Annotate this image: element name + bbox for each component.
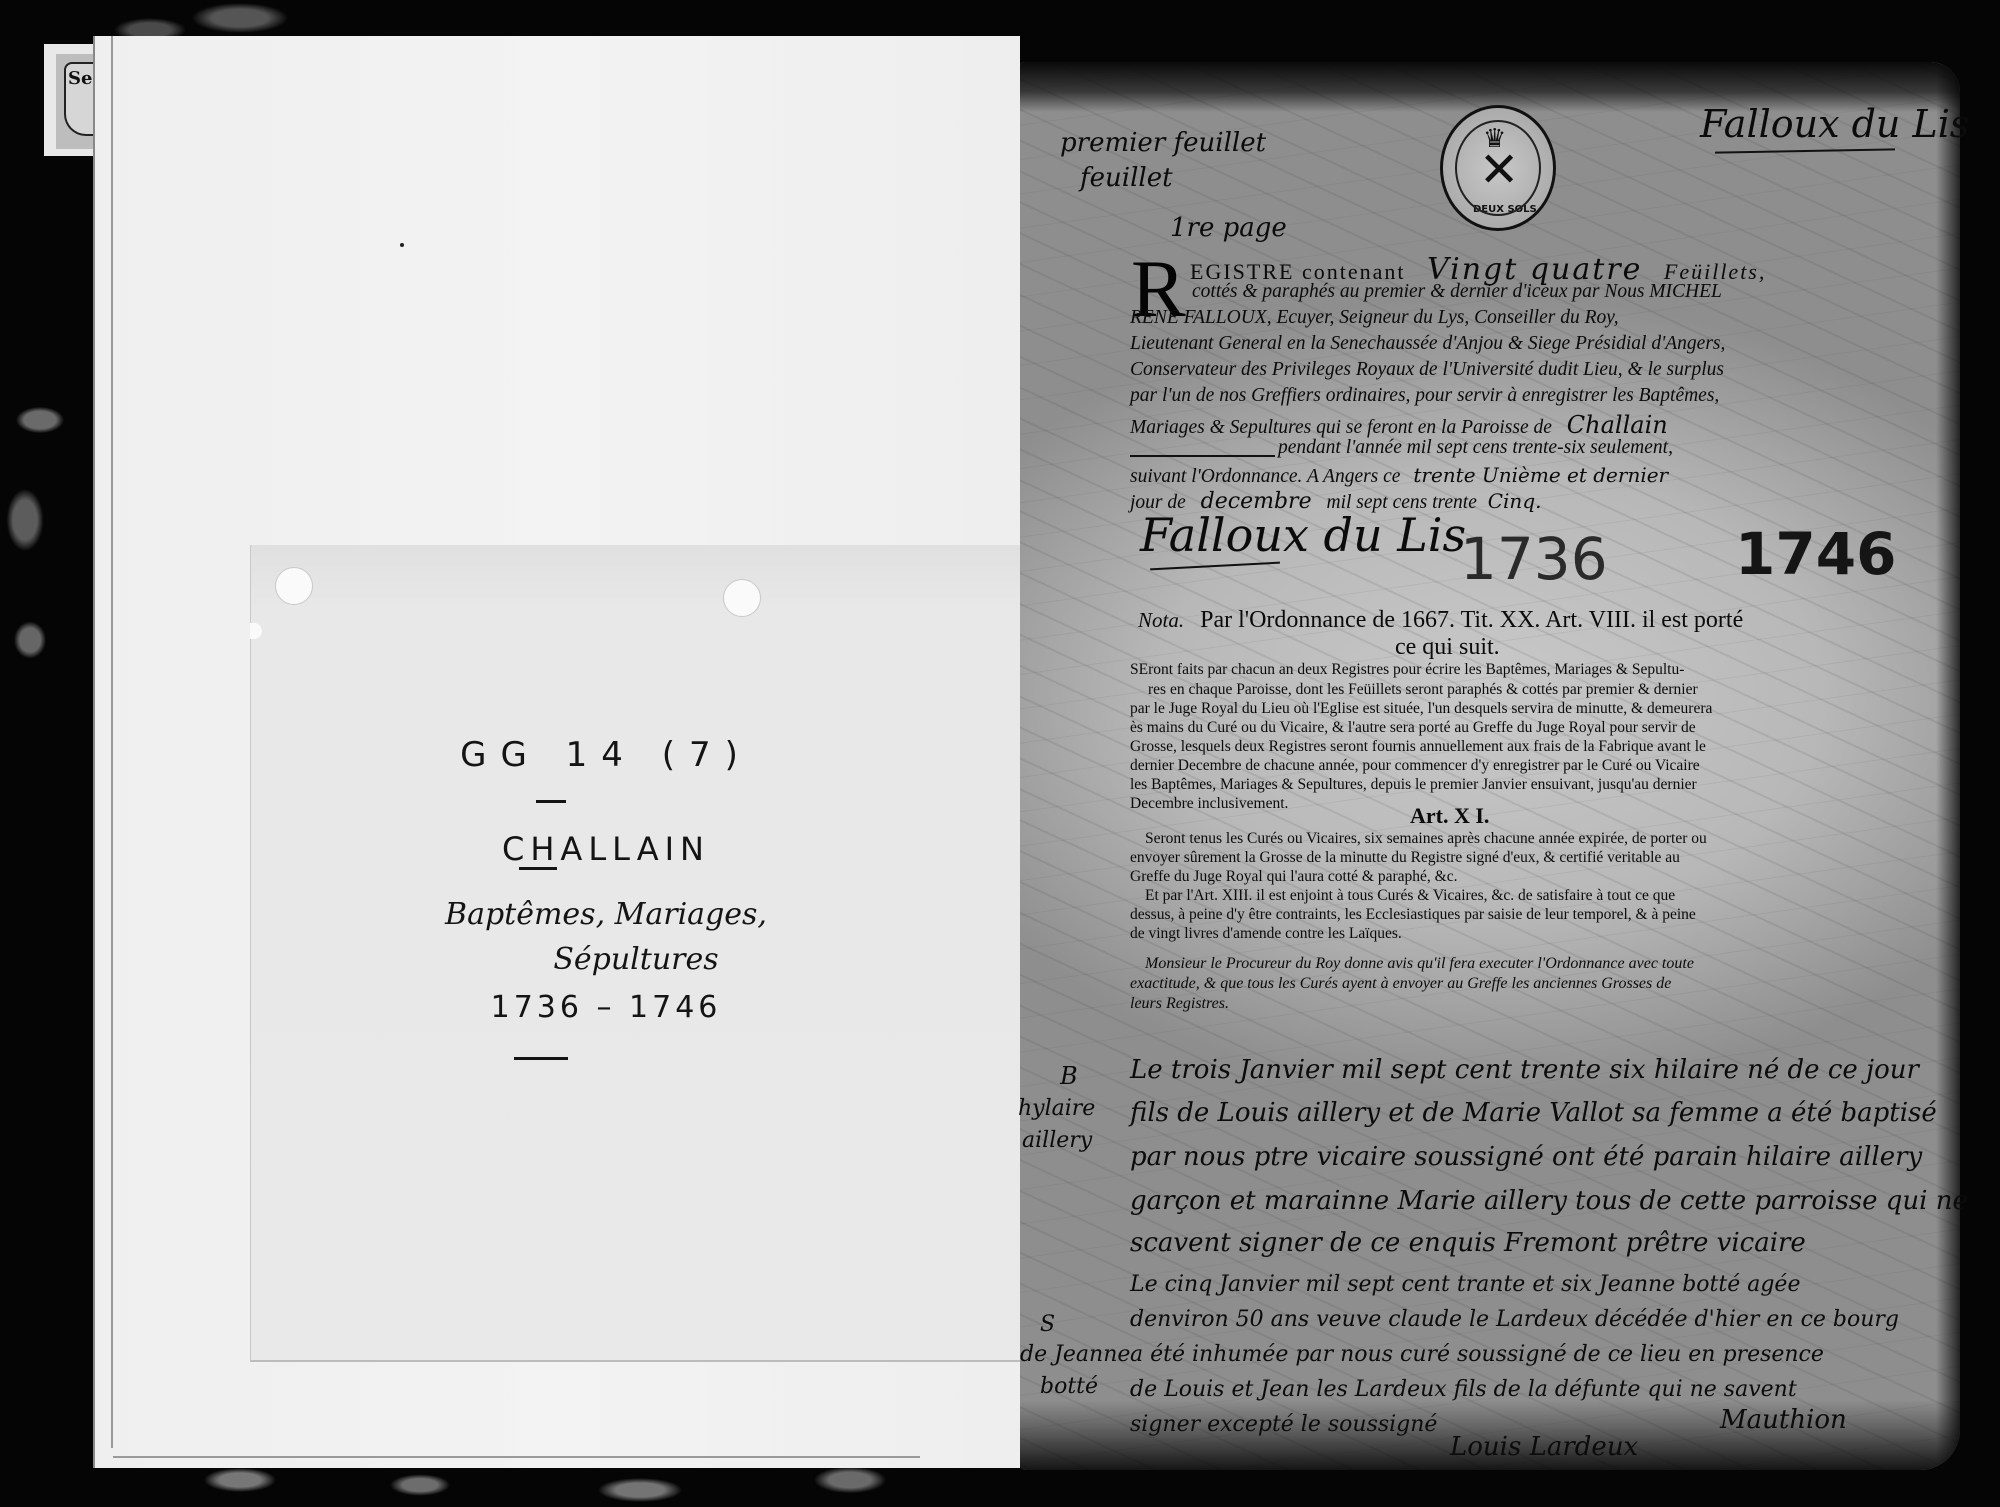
- nota-heading: Par l'Ordonnance de 1667. Tit. XX. Art. …: [1200, 607, 1743, 633]
- entry-line: signer excepté le soussigné: [1130, 1412, 1437, 1437]
- header-line-8: pendant l'année mil sept cens trente-six…: [1278, 437, 1673, 459]
- entry-line: fils de Louis aillery et de Marie Vallot…: [1130, 1098, 1937, 1128]
- nota-para1-line: res en chaque Paroisse, dont les Feüille…: [1148, 681, 1698, 699]
- fill-in-line: [1130, 455, 1275, 457]
- card-notch: [250, 623, 262, 639]
- header-line-7: Mariages & Sepultures qui se feront en l…: [1130, 411, 1668, 439]
- label-divider: [519, 867, 557, 870]
- entry-line: a été inhumée par nous curé soussigné de…: [1130, 1342, 1824, 1367]
- entry-line: par nous ptre vicaire soussigné ont été …: [1130, 1142, 1922, 1172]
- entry-margin-name: hylaire: [1018, 1096, 1095, 1121]
- header-line-3: RENE FALLOUX, Ecuyer, Seigneur du Lys, C…: [1130, 307, 1619, 329]
- entry-margin-surname: aillery: [1022, 1128, 1092, 1153]
- header-line-2: cottés & paraphés au premier & dernier d…: [1192, 281, 1722, 303]
- margin-note-first-leaf: premier feuillet: [1060, 128, 1266, 158]
- header-line-4: Lieutenant General en la Senechaussée d'…: [1130, 333, 1725, 355]
- nota-para2-line: dessus, à peine d'y être contraints, les…: [1130, 906, 1696, 924]
- nota-para1-line: Grosse, lesquels deux Registres seront f…: [1130, 738, 1706, 756]
- entry-margin-name: de Jeanne: [1020, 1342, 1130, 1367]
- nota-para1-line: les Baptêmes, Mariages & Sepultures, dep…: [1130, 776, 1697, 794]
- nota-para2-line: de vingt livres d'amende contre les Laïq…: [1130, 925, 1402, 943]
- nota-heading-2: ce qui suit.: [1395, 634, 1500, 661]
- pencil-year-1746: 1746: [1735, 520, 1896, 588]
- handwritten-date: trente Unième et dernier: [1413, 463, 1668, 487]
- sheet-bottom-edge: [113, 1456, 920, 1458]
- entry-line: scavent signer de ce enquis Fremont prêt…: [1130, 1228, 1806, 1258]
- signature-louis: Louis Lardeux: [1450, 1432, 1638, 1462]
- label-call-number: GG 14 (7): [221, 735, 991, 775]
- tax-stamp-seal: ♛ ✕ DEUX SOLS: [1440, 105, 1556, 231]
- nota-para1-line: Decembre inclusivement.: [1130, 795, 1288, 813]
- signature-top-right: Falloux du Lis: [1700, 102, 1969, 146]
- printed-text: Mariages & Sepultures qui se feront en l…: [1130, 417, 1552, 438]
- entry-line: denviron 50 ans veuve claude le Lardeux …: [1130, 1307, 1899, 1332]
- printed-text: suivant l'Ordonnance. A Angers ce: [1130, 466, 1400, 487]
- punch-hole-right: [723, 579, 761, 617]
- entry-line: Le trois Janvier mil sept cent trente si…: [1130, 1055, 1919, 1085]
- signature-mauthion: Mauthion: [1720, 1405, 1847, 1435]
- entry-margin-type: S: [1040, 1312, 1055, 1337]
- crown-icon: ♛: [1483, 124, 1506, 154]
- label-year-range: 1736 – 1746: [221, 990, 991, 1025]
- header-line-9: suivant l'Ordonnance. A Angers ce trente…: [1130, 463, 1668, 488]
- nota-para2-line: Et par l'Art. XIII. il est enjoint à tou…: [1145, 887, 1675, 905]
- nota-para3-line: Monsieur le Procureur du Roy donne avis …: [1145, 955, 1694, 973]
- signature-falloux: Falloux du Lis: [1140, 508, 1466, 562]
- nota-para2-line: envoyer sûrement la Grosse de la minutte…: [1130, 849, 1680, 867]
- crossed-scepters-icon: ✕: [1479, 142, 1519, 198]
- seal-text: DEUX SOLS: [1473, 204, 1537, 215]
- label-record-types: Baptêmes, Mariages,: [221, 897, 991, 932]
- nota-para2-line: Greffe du Juge Royal qui l'aura cotté & …: [1130, 868, 1457, 886]
- handwritten-parish: Challain: [1567, 411, 1668, 439]
- label-record-types-2: Sépultures: [251, 942, 1021, 977]
- page-mark: 1re page: [1170, 213, 1287, 243]
- nota-para1-line: dernier Decembre de chacune année, pour …: [1130, 757, 1700, 775]
- page-binding-edge: [1936, 62, 1960, 1470]
- margin-note-leaf: feuillet: [1080, 163, 1173, 193]
- label-divider: [514, 1057, 568, 1060]
- nota-label: Nota.: [1138, 608, 1184, 632]
- nota-para1-line: SEront faits par chacun an deux Registre…: [1130, 661, 1684, 679]
- nota-heading-line: Nota. Par l'Ordonnance de 1667. Tit. XX.…: [1138, 607, 1743, 634]
- entry-line: Le cinq Janvier mil sept cent trante et …: [1130, 1272, 1800, 1297]
- pencil-year-1736: 1736: [1460, 525, 1608, 593]
- punch-hole-left: [275, 567, 313, 605]
- handwritten-year: Cinq.: [1488, 489, 1542, 513]
- header-line-6: par l'un de nos Greffiers ordinaires, po…: [1130, 385, 1719, 407]
- label-parish: CHALLAIN: [221, 830, 991, 868]
- sticker-text: Se: [68, 68, 92, 89]
- nota-para3-line: exactitude, & que tous les Curés ayent à…: [1130, 975, 1671, 993]
- entry-margin-type: B: [1060, 1062, 1078, 1090]
- nota-para1-line: par le Juge Royal du Lieu où l'Eglise es…: [1130, 700, 1712, 718]
- nota-para2-line: Seront tenus les Curés ou Vicaires, six …: [1145, 830, 1707, 848]
- label-divider: [536, 800, 566, 803]
- entry-line: de Louis et Jean les Lardeux fils de la …: [1130, 1377, 1797, 1402]
- nota-para1-line: ès mains du Curé ou du Vicaire, & l'autr…: [1130, 719, 1696, 737]
- nota-para3-line: leurs Registres.: [1130, 995, 1229, 1013]
- archive-label-card: GG 14 (7) CHALLAIN Baptêmes, Mariages, S…: [250, 545, 1021, 1362]
- speck: [400, 243, 404, 247]
- article-heading: Art. X I.: [1410, 803, 1489, 829]
- sheet-fold-line: [111, 36, 113, 1448]
- entry-line: garçon et marainne Marie aillery tous de…: [1130, 1186, 1968, 1216]
- entry-margin-surname: botté: [1040, 1374, 1098, 1399]
- header-line-5: Conservateur des Privileges Royaux de l'…: [1130, 359, 1724, 381]
